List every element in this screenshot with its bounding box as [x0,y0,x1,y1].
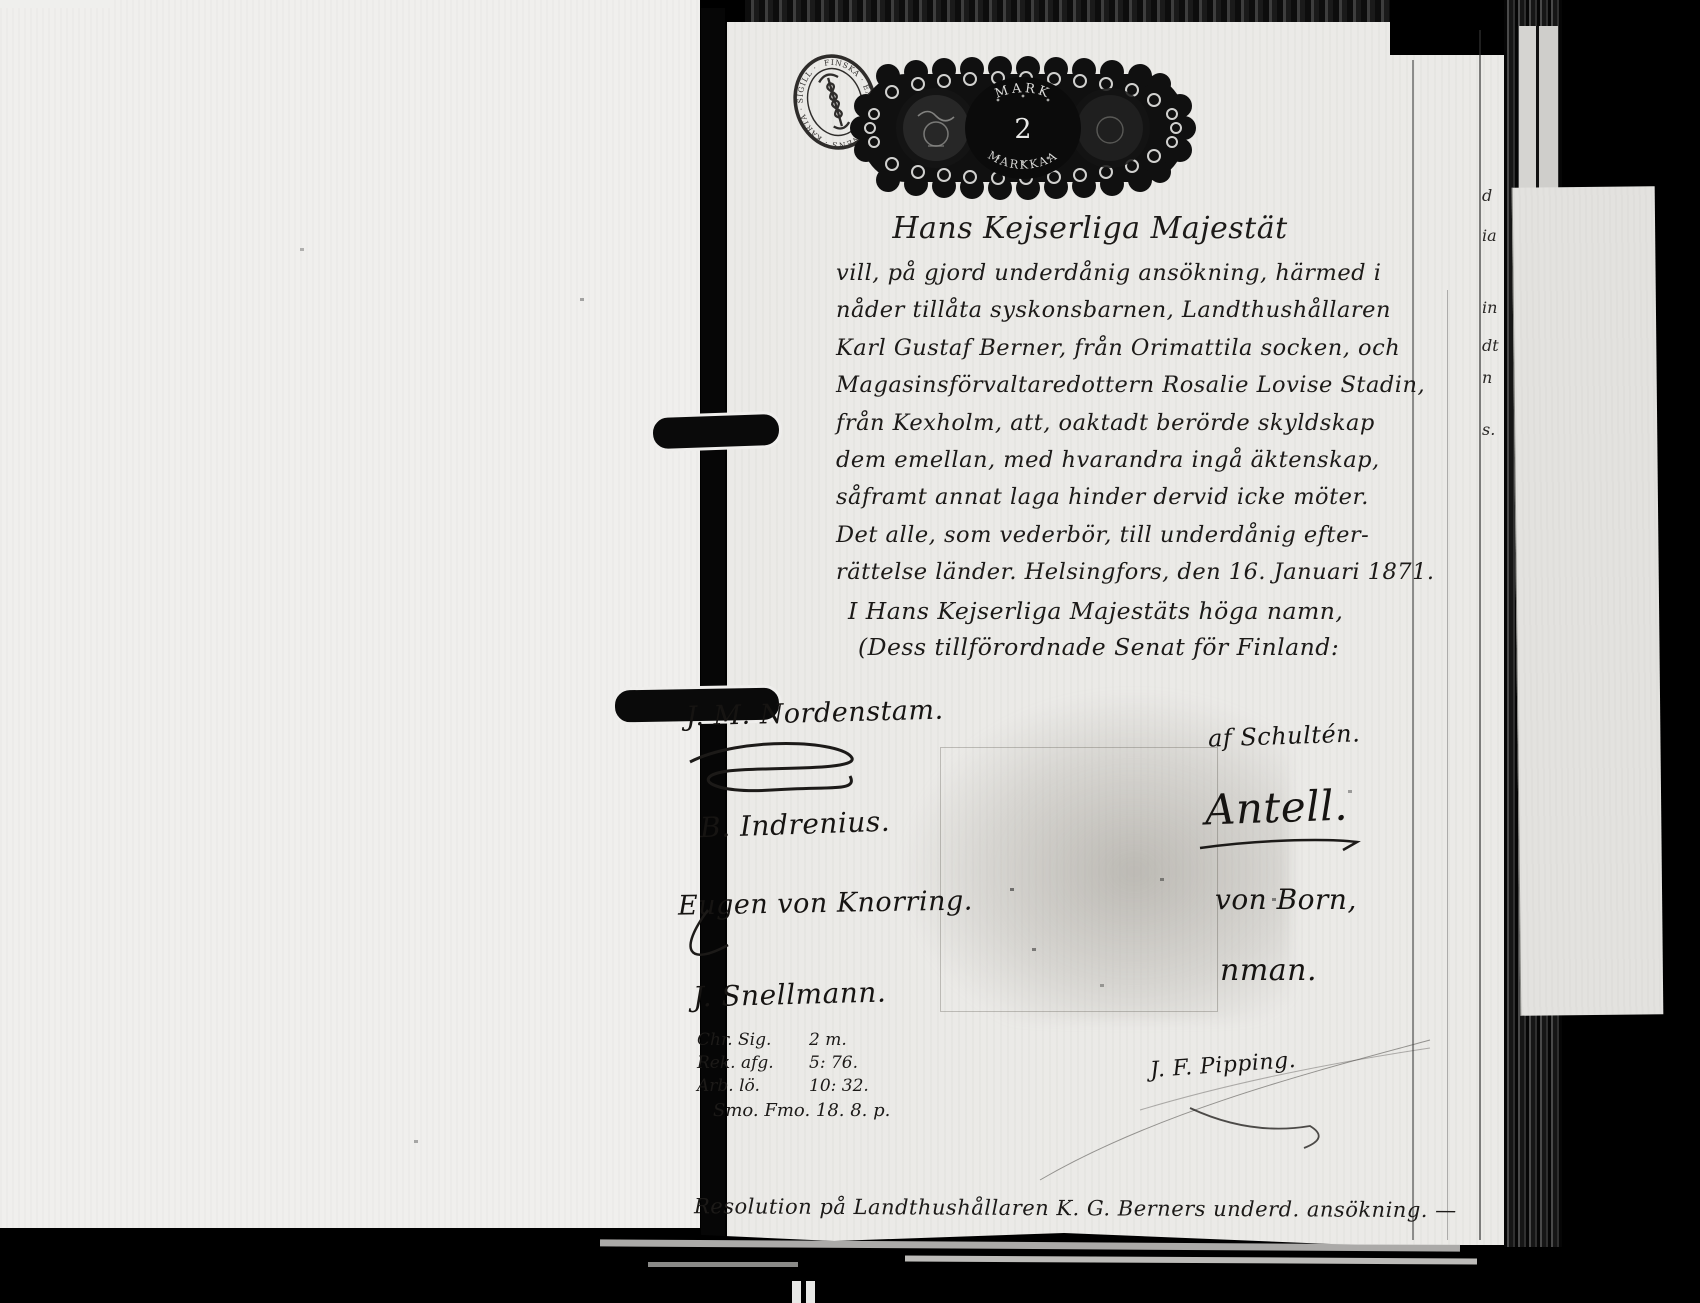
body-line: från Kexholm, att, oaktadt berörde skyld… [836,410,1436,447]
fee-total: Smo. Fmo. 18. 8. p. [713,1100,890,1121]
resolution-note: Resolution på Landthushållaren K. G. Ber… [694,1194,1374,1222]
fee-table: Chr. Sig. 2 m. Rek. afg. 5: 76. Arb. lö.… [697,1030,869,1099]
revenue-stamp: MARK 2 MARKKAA [848,53,1198,203]
edge-fragment: ia [1482,226,1497,245]
page-corner-sliver [0,0,110,8]
page-edge-line [1479,30,1481,1240]
fee-row: Rek. afg. 5: 76. [697,1053,869,1076]
body-line: Karl Gustaf Berner, från Orimattila sock… [836,335,1436,372]
edge-fragment: dt [1482,336,1499,355]
signature: B. Indrenius. [699,805,890,845]
fee-value: 2 m. [809,1030,847,1053]
binding-post-tip [792,1281,801,1303]
signature: af Schultén. [1208,719,1361,752]
edge-fragment: in [1482,298,1497,317]
binding-post-tip [806,1281,815,1303]
stamp-value: 2 [1014,114,1031,145]
right-medallion [1070,88,1150,168]
fee-row: Chr. Sig. 2 m. [697,1030,869,1053]
binding-post-top [649,411,782,453]
scanned-book-spread: FINSKA · EXPEDITIONENS · KARTA · SIGILL … [0,0,1700,1303]
edge-fragment: d [1482,186,1492,205]
closing-line: (Dess tillförordnade Senat för Finland: [848,633,1343,669]
fee-value: 5: 76. [809,1053,858,1076]
faint-rectangle-outline [940,747,1218,1012]
left-blank-page [0,0,700,1228]
body-line: rättelse länder. Helsingfors, den 16. Ja… [836,559,1436,596]
page-fold-line [1447,290,1448,1240]
signature: nman. [1220,953,1317,988]
book-top-edge-texture [745,0,1390,22]
closing-line: I Hans Kejserliga Majestäts höga namn, [848,597,1343,633]
ink-speckles [1010,888,1014,891]
body-line: dem emellan, med hvarandra ingå äktenska… [836,447,1436,484]
page-fold-line [1412,60,1414,1240]
fee-value: 10: 32. [809,1076,869,1099]
caduceus-anchor-icon [818,72,852,131]
page-edge-streak [648,1262,798,1267]
letter-headline: Hans Kejserliga Majestät [890,211,1290,246]
left-medallion [896,88,976,168]
body-line: nåder tillåta syskonsbarnen, Landthushål… [836,297,1436,334]
body-line: Det alle, som vederbör, till underdånig … [836,522,1436,559]
inserted-sheet [1512,186,1664,1015]
fee-row: Arb. lö. 10: 32. [697,1076,869,1099]
fee-label: Rek. afg. [697,1053,809,1076]
body-line: Magasinsförvaltaredottern Rosalie Lovise… [836,372,1436,409]
fee-label: Chr. Sig. [697,1030,809,1053]
edge-fragment: s. [1482,420,1495,439]
top-shadow-patch [1390,0,1508,55]
edge-fragment: n [1482,368,1492,387]
body-line: såframt annat laga hinder dervid icke mö… [836,484,1436,521]
fee-label: Arb. lö. [697,1076,809,1099]
signature: Eugen von Knorring. [678,885,973,921]
letter-body: vill, på gjord underdånig ansökning, här… [836,260,1436,597]
page-edge-strips [1519,26,1558,188]
body-line: vill, på gjord underdånig ansökning, här… [836,260,1436,297]
signature: Antell. [1204,781,1348,835]
signature: von Born, [1215,883,1357,916]
signature: J. Snellmann. [693,975,887,1013]
letter-closing: I Hans Kejserliga Majestäts höga namn,(D… [848,597,1343,669]
